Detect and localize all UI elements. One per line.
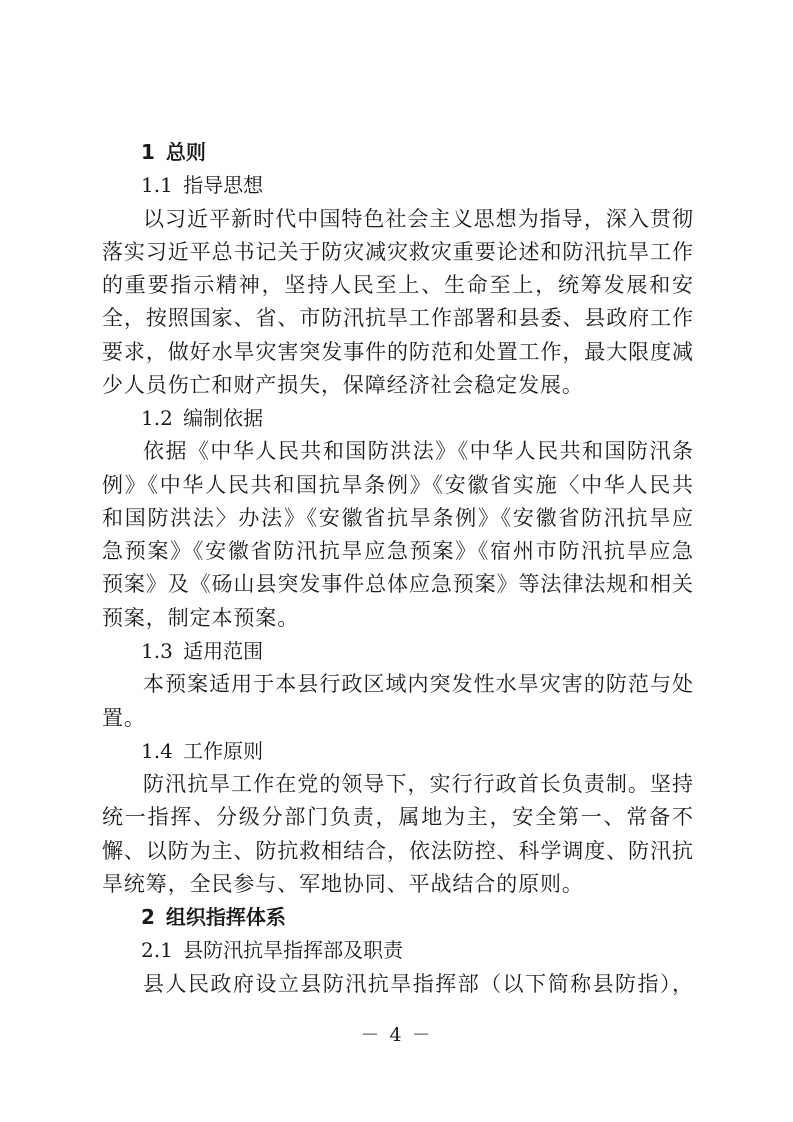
paragraph-line: 县人民政府设立县防汛抗旱指挥部（以下简称县防指），	[102, 968, 693, 1001]
section-heading: 2 组织指挥体系	[102, 901, 693, 934]
document-body: 1 总则 1.1 指导思想 以习近平新时代中国特色社会主义思想为指导，深入贯彻 …	[102, 136, 693, 1001]
page-number: － 4 －	[0, 1020, 793, 1050]
paragraph-line: 要求，做好水旱灾害突发事件的防范和处置工作，最大限度减	[102, 336, 693, 369]
paragraph-line: 和国防洪法〉办法》《安徽省抗旱条例》《安徽省防汛抗旱应	[102, 502, 693, 535]
paragraph-line: 全，按照国家、省、市防汛抗旱工作部署和县委、县政府工作	[102, 302, 693, 335]
paragraph-line: 懈、以防为主、防抗救相结合，依法防控、科学调度、防汛抗	[102, 835, 693, 868]
subsection-heading: 1.4 工作原则	[102, 735, 693, 768]
paragraph-line: 的重要指示精神，坚持人民至上、生命至上，统筹发展和安	[102, 269, 693, 302]
subsection-heading: 1.2 编制依据	[102, 402, 693, 435]
paragraph-line: 预案》及《砀山县突发事件总体应急预案》等法律法规和相关	[102, 568, 693, 601]
paragraph-line: 本预案适用于本县行政区域内突发性水旱灾害的防范与处	[102, 668, 693, 701]
paragraph-line: 预案，制定本预案。	[102, 602, 693, 635]
paragraph-line: 少人员伤亡和财产损失，保障经济社会稳定发展。	[102, 369, 693, 402]
subsection-heading: 2.1 县防汛抗旱指挥部及职责	[102, 934, 693, 967]
paragraph-line: 落实习近平总书记关于防灾减灾救灾重要论述和防汛抗旱工作	[102, 236, 693, 269]
paragraph-line: 例》《中华人民共和国抗旱条例》《安徽省实施〈中华人民共	[102, 469, 693, 502]
subsection-heading: 1.3 适用范围	[102, 635, 693, 668]
subsection-heading: 1.1 指导思想	[102, 169, 693, 202]
paragraph-line: 防汛抗旱工作在党的领导下，实行行政首长负责制。坚持	[102, 768, 693, 801]
paragraph-line: 统一指挥、分级分部门负责，属地为主，安全第一、常备不	[102, 801, 693, 834]
paragraph-line: 依据《中华人民共和国防洪法》《中华人民共和国防汛条	[102, 435, 693, 468]
section-heading: 1 总则	[102, 136, 693, 169]
paragraph-line: 以习近平新时代中国特色社会主义思想为指导，深入贯彻	[102, 203, 693, 236]
paragraph-line: 旱统筹，全民参与、军地协同、平战结合的原则。	[102, 868, 693, 901]
paragraph-line: 急预案》《安徽省防汛抗旱应急预案》《宿州市防汛抗旱应急	[102, 535, 693, 568]
paragraph-line: 置。	[102, 702, 693, 735]
